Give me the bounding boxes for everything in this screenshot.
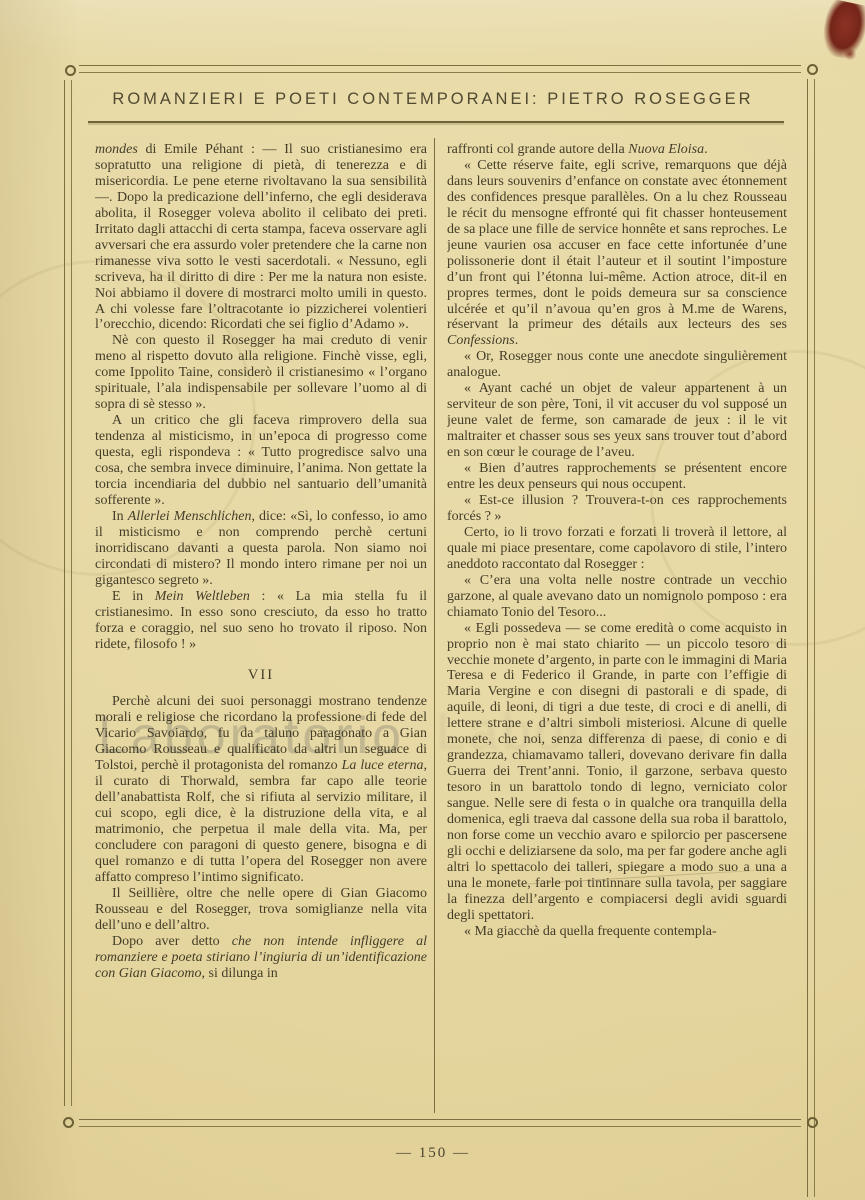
text-segment: Certo, io li trovo forzati e forzati li … xyxy=(447,525,787,572)
paragraph: Perchè alcuni dei suoi personaggi mostra… xyxy=(95,694,427,885)
gutter-shading xyxy=(0,0,95,1200)
frame-corner-ring-top-right xyxy=(807,64,818,75)
paragraph: « Bien d’autres rapprochements se présen… xyxy=(447,461,787,493)
paragraph: « Cette réserve faite, egli scrive, rema… xyxy=(447,158,787,349)
paragraph: « Or, Rosegger nous conte une anecdote s… xyxy=(447,349,787,381)
paragraph: mondes di Emile Péhant : — Il suo cristi… xyxy=(95,142,427,333)
frame-left-border xyxy=(64,80,72,1106)
text-segment: « Cette réserve faite, egli scrive, rema… xyxy=(447,158,787,333)
right-text-column: raffronti col grande autore della Nuova … xyxy=(447,142,787,1122)
text-segment: A un critico che gli faceva rimprovero d… xyxy=(95,413,427,508)
column-divider-rule xyxy=(434,138,435,1113)
left-text-column: mondes di Emile Péhant : — Il suo cristi… xyxy=(95,142,427,1122)
text-segment: Il Seillière, oltre che nelle opere di G… xyxy=(95,886,427,933)
text-segment: di Emile Péhant : — Il suo cristianesimo… xyxy=(95,142,427,332)
paragraph: Il Seillière, oltre che nelle opere di G… xyxy=(95,886,427,934)
frame-corner-ring-bottom-right xyxy=(807,1117,818,1128)
text-segment: . xyxy=(515,333,519,348)
frame-corner-ring-top-left xyxy=(65,65,76,76)
paragraph: Dopo aver detto che non intende infligge… xyxy=(95,934,427,982)
text-segment: , il curato di Thorwald, sembra far capo… xyxy=(95,758,427,885)
header-rule xyxy=(88,121,784,123)
text-segment: Mein Weltleben xyxy=(155,589,250,604)
text-segment: . xyxy=(704,142,708,157)
paragraph: « Egli possedeva — se come eredità o com… xyxy=(447,621,787,924)
page-header-title: ROMANZIERI E POETI CONTEMPORANEI: PIETRO… xyxy=(80,90,786,109)
frame-top-border xyxy=(79,65,801,73)
text-segment: « Or, Rosegger nous conte une anecdote s… xyxy=(447,349,787,380)
text-segment: « Bien d’autres rapprochements se présen… xyxy=(447,461,787,492)
paragraph: raffronti col grande autore della Nuova … xyxy=(447,142,787,158)
frame-right-border xyxy=(807,79,815,1197)
text-segment: Allerlei Menschlichen xyxy=(128,509,252,524)
section-heading: VII xyxy=(95,668,427,684)
paragraph: « C’era una volta nelle nostre contrade … xyxy=(447,573,787,621)
paragraph: In Allerlei Menschlichen, dice: «Sì, lo … xyxy=(95,509,427,589)
paragraph: Nè con questo il Rosegger ha mai creduto… xyxy=(95,333,427,413)
text-segment: , si dilunga in xyxy=(202,966,278,981)
paragraph: A un critico che gli faceva rimprovero d… xyxy=(95,413,427,509)
text-segment: « Est-ce illusion ? Trouvera-t-on ces ra… xyxy=(447,493,787,524)
text-segment: Confessions xyxy=(447,333,515,348)
text-segment: « C’era una volta nelle nostre contrade … xyxy=(447,573,787,620)
ink-stain xyxy=(819,0,865,62)
text-segment: E in xyxy=(112,589,155,604)
paragraph: E in Mein Weltleben : « La mia stella fu… xyxy=(95,589,427,653)
paragraph: « Est-ce illusion ? Trouvera-t-on ces ra… xyxy=(447,493,787,525)
page-number: — 150 — xyxy=(80,1145,786,1162)
text-segment: « Egli possedeva — se come eredità o com… xyxy=(447,621,787,923)
text-segment: « Ma giacchè da quella frequente contemp… xyxy=(464,924,717,939)
text-segment: La luce eterna xyxy=(342,758,424,773)
ink-stain-speck xyxy=(843,48,857,60)
text-segment: In xyxy=(112,509,128,524)
text-segment: Nuova Eloisa xyxy=(628,142,704,157)
paragraph: « Ayant caché un objet de valeur apparte… xyxy=(447,381,787,461)
book-page: ROMANZIERI E POETI CONTEMPORANEI: PIETRO… xyxy=(0,0,865,1200)
text-segment: mondes xyxy=(95,142,138,157)
paragraph: Certo, io li trovo forzati e forzati li … xyxy=(447,525,787,573)
frame-corner-ring-bottom-left xyxy=(63,1117,74,1128)
text-segment: raffronti col grande autore della xyxy=(447,142,628,157)
text-segment: Dopo aver detto xyxy=(112,934,232,949)
text-segment: « Ayant caché un objet de valeur apparte… xyxy=(447,381,787,460)
text-segment: Nè con questo il Rosegger ha mai creduto… xyxy=(95,333,427,412)
paragraph: « Ma giacchè da quella frequente contemp… xyxy=(447,924,787,940)
